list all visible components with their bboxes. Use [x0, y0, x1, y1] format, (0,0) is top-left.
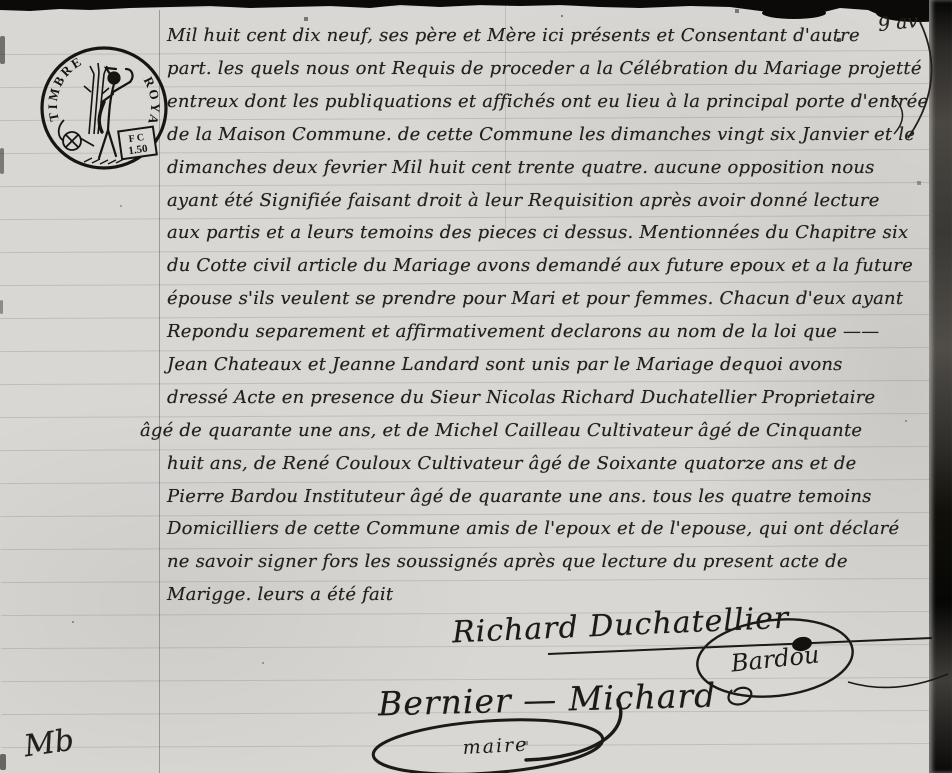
document-line: de la Maison Commune. de cette Commune l… — [167, 121, 915, 149]
document-line: Repondu separement et affirmativement de… — [167, 318, 879, 346]
document-line: dressé Acte en presence du Sieur Nicolas… — [167, 384, 875, 412]
document-line: Mil huit cent dix neuf, ses père et Mère… — [167, 22, 860, 50]
document-line: Pierre Bardou Instituteur âgé de quarant… — [167, 483, 872, 511]
edge-mark — [0, 36, 5, 64]
edge-mark — [0, 148, 4, 174]
svg-text:TIMBRE: TIMBRE — [45, 53, 86, 123]
stamp-plaque: F C 1.50 — [118, 127, 157, 160]
document-line: huit ans, de René Couloux Cultivateur âg… — [167, 450, 856, 478]
document-line: du Cotte civil article du Mariage avons … — [167, 252, 913, 280]
document-line: ne savoir signer fors les soussignés apr… — [167, 548, 848, 576]
torn-edge-top — [0, 0, 952, 24]
folio-note: 9 av — [877, 10, 919, 36]
torn-edge-right — [929, 0, 952, 773]
document-line: âgé de quarante une ans, et de Michel Ca… — [140, 417, 862, 445]
stamp-plough — [59, 120, 94, 150]
document-line: Marigge. leurs a été fait — [167, 581, 393, 609]
stamp-text-timbre: TIMBRE — [45, 53, 86, 123]
marriage-record-scan: TIMBRE ROYAL — [0, 0, 952, 773]
document-line: dimanches deux fevrier Mil huit cent tre… — [167, 154, 875, 182]
document-line: ayant été Signifiée faisant droit à leur… — [167, 187, 880, 215]
royal-stamp: TIMBRE ROYAL — [36, 42, 172, 176]
document-line: Jean Chateaux et Jeanne Landard sont uni… — [167, 351, 843, 379]
stamp-ground — [84, 158, 124, 164]
clerk-monogram: Mb — [22, 723, 76, 765]
document-line: épouse s'ils veulent se prendre pour Mar… — [167, 285, 903, 313]
document-line: aux partis et a leurs temoins des pieces… — [167, 219, 908, 247]
edge-mark — [0, 300, 3, 314]
document-line: Domicilliers de cette Commune amis de l'… — [167, 515, 899, 543]
document-line: entreux dont les publiquations et affich… — [167, 88, 928, 116]
edge-mark — [0, 754, 6, 770]
document-line: part. les quels nous ont Requis de proce… — [167, 55, 922, 83]
